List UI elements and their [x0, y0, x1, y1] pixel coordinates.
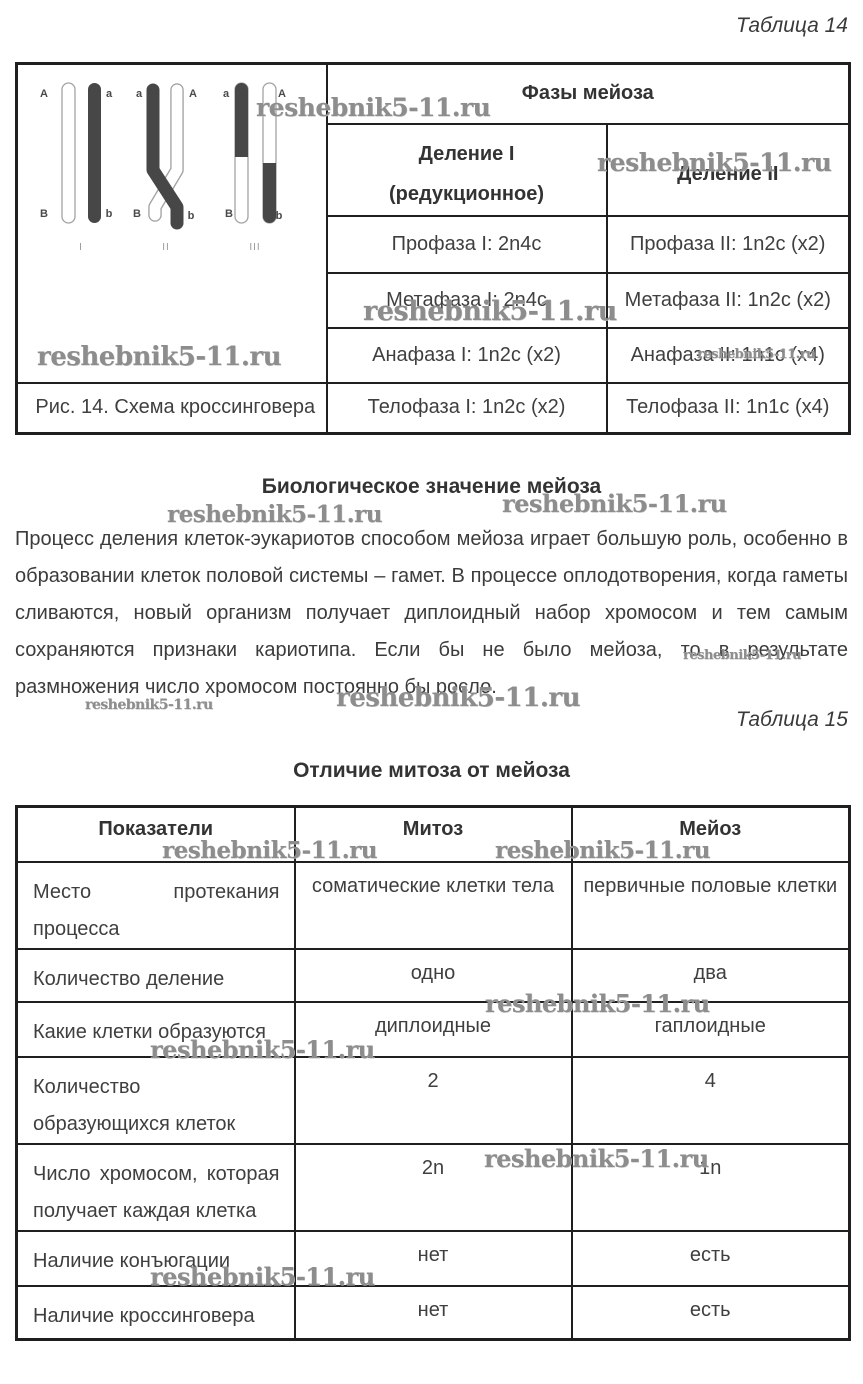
mitosis-cell: нет	[295, 1286, 572, 1340]
chromosome-recombinant-right-dark-segment	[263, 163, 276, 223]
allele-label: B	[133, 208, 141, 220]
watermark: reshebnik5-11.ru	[167, 501, 382, 528]
meiosis-cell: есть	[572, 1286, 850, 1340]
table2-heading: Отличие митоза от мейоза	[0, 759, 863, 783]
document-page: Таблица 14 A a B b I a	[0, 0, 863, 1384]
table-row: Число хромосом, которая получает каждая …	[17, 1144, 850, 1231]
division1-header: Деление I (редукционное)	[327, 124, 607, 216]
allele-label: A	[189, 88, 197, 100]
mitosis-vs-meiosis-table: Показатели Митоз Мейоз Место протекания …	[15, 805, 851, 1341]
watermark: reshebnik5-11.ru	[256, 93, 490, 122]
table15-label: Таблица 15	[736, 708, 848, 732]
table-row: Какие клетки образуются диплоидные гапло…	[17, 1002, 850, 1057]
table14-label: Таблица 14	[736, 14, 848, 38]
mitosis-cell: соматические клетки тела	[295, 862, 572, 949]
table-row: Количество образующихся клеток 2 4	[17, 1057, 850, 1144]
chromosome-white-I	[62, 83, 75, 223]
allele-label: b	[275, 210, 282, 222]
allele-label: B	[225, 208, 233, 220]
phase-cell: Метафаза II: 1n2c (x2)	[607, 273, 850, 328]
table-row: Наличие кроссинговера нет есть	[17, 1286, 850, 1340]
indicator-cell: Место протекания процесса	[17, 862, 295, 949]
meiosis-cell: есть	[572, 1231, 850, 1286]
section-paragraph: Процесс деления клеток-эукариотов способ…	[15, 521, 848, 706]
phase-cell: Телофаза II: 1n1c (x4)	[607, 383, 850, 434]
table-row: Место протекания процесса соматические к…	[17, 862, 850, 949]
meiosis-cell: первичные половые клетки	[572, 862, 850, 949]
watermark: reshebnik5-11.ru	[502, 489, 727, 518]
table-row: Количество деление одно два	[17, 949, 850, 1002]
allele-label: b	[187, 210, 194, 222]
watermark: reshebnik5-11.ru	[597, 148, 831, 177]
allele-label: a	[223, 88, 230, 100]
watermark: reshebnik5-11.ru	[495, 837, 710, 864]
watermark: reshebnik5-11.ru	[150, 1035, 375, 1064]
watermark: reshebnik5-11.ru	[485, 989, 710, 1018]
watermark: reshebnik5-11.ru	[162, 837, 377, 864]
stage-label: II	[162, 242, 170, 253]
chromosome-dark-I	[88, 83, 101, 223]
phase-cell: Телофаза I: 1n2c (x2)	[327, 383, 607, 434]
phase-cell: Анафаза I: 1n2c (x2)	[327, 328, 607, 383]
stage-label: I	[79, 242, 83, 253]
figure-caption: Рис. 14. Схема кроссинговера	[17, 383, 327, 434]
watermark: reshebnik5-11.ru	[484, 1144, 709, 1173]
watermark: reshebnik5-11.ru	[150, 1262, 375, 1291]
allele-label: b	[105, 208, 112, 220]
watermark: reshebnik5-11.ru	[85, 697, 213, 713]
mitosis-cell: 2	[295, 1057, 572, 1144]
watermark: reshebnik5-11.ru	[683, 648, 801, 663]
section-heading: Биологическое значение мейоза	[0, 475, 863, 499]
table-row: Наличие конъюгации нет есть	[17, 1231, 850, 1286]
indicator-cell: Количество образующихся клеток	[17, 1057, 295, 1144]
watermark: reshebnik5-11.ru	[336, 683, 580, 713]
indicator-cell: Количество деление	[17, 949, 295, 1002]
indicator-cell: Число хромосом, которая получает каждая …	[17, 1144, 295, 1231]
phase-cell: Профаза II: 1n2c (x2)	[607, 216, 850, 273]
watermark: reshebnik5-11.ru	[697, 347, 815, 362]
watermark: reshebnik5-11.ru	[363, 296, 617, 327]
allele-label: B	[40, 208, 48, 220]
meiosis-cell: 4	[572, 1057, 850, 1144]
table-header-row: Показатели Митоз Мейоз	[17, 807, 850, 862]
table-row: Рис. 14. Схема кроссинговера Телофаза I:…	[17, 383, 850, 434]
phase-cell: Профаза I: 2n4c	[327, 216, 607, 273]
indicator-cell: Наличие кроссинговера	[17, 1286, 295, 1340]
chromosome-recombinant-left-dark-segment	[235, 83, 248, 157]
allele-label: a	[136, 88, 143, 100]
stage-label: III	[249, 242, 260, 253]
watermark: reshebnik5-11.ru	[37, 342, 281, 372]
allele-label: A	[40, 88, 48, 100]
allele-label: a	[106, 88, 113, 100]
